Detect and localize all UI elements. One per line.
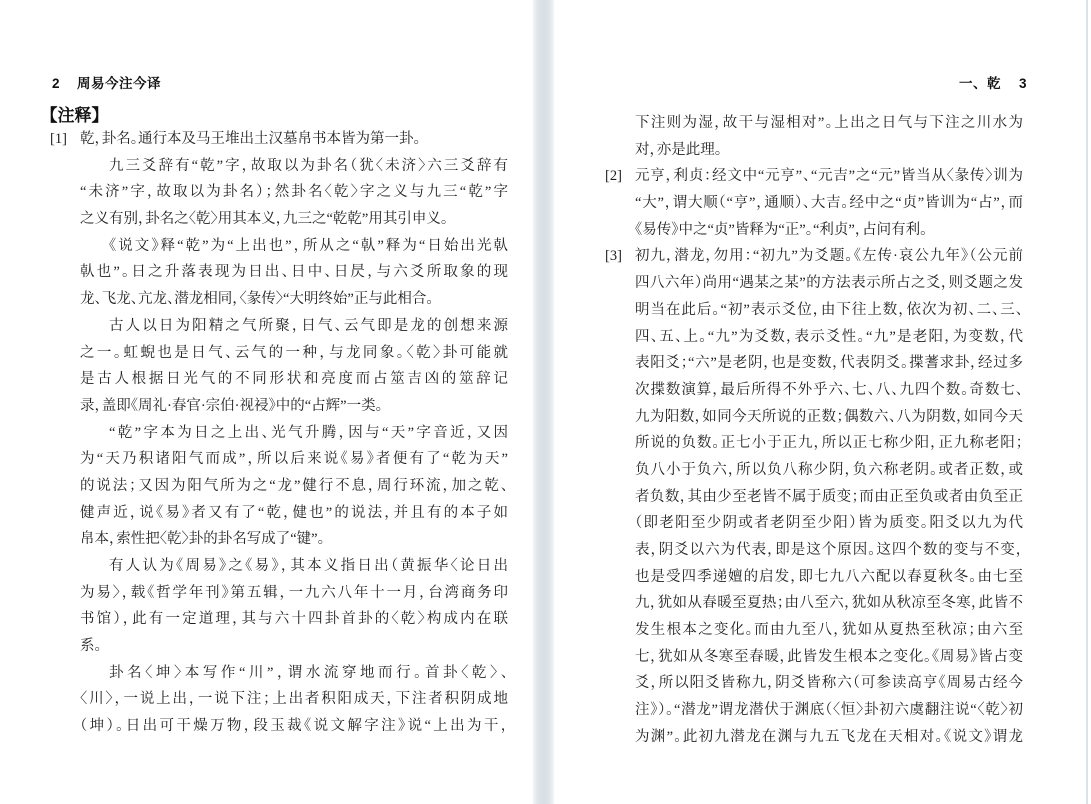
- text-line: （坤）。日出可干燥万物，段玉裁《说文解字注》说“上出为干，: [80, 713, 508, 740]
- note-label: [1]: [50, 126, 80, 153]
- book-title: 周易今注今译: [77, 72, 161, 92]
- text-line: 九为阳数，如同今天所说的正数；偶数六、八为阴数，如同今天: [635, 404, 1023, 431]
- text-line: 有人认为《周易》之《易》，其本义指日出（黄振华〈论日出: [80, 553, 508, 580]
- line-text: 四、五、上。“九”为爻数，表示爻性。“九”是老阳，为变数，代: [635, 329, 1023, 345]
- text-line: 者负数，其由少至老皆不属于质变；而由正至负或者由负至正: [635, 484, 1023, 511]
- line-text: 有人认为《周易》之《易》，其本义指日出（黄振华〈论日出: [109, 558, 508, 574]
- line-text: “大”，谓大顺（“亨”，通顺）、大吉。经中之“贞”皆训为“占”，而: [635, 195, 1023, 211]
- line-text: 负八小于负六，所以负八称少阴，负六称老阴。或者正数，或: [635, 462, 1023, 478]
- chapter-title: 一、乾: [959, 72, 1001, 92]
- line-text: 书馆），此有一定道理，其与六十四卦首卦的〈乾〉构成内在联: [80, 611, 508, 627]
- line-text: 发生根本之变化。而由九至八，犹如从夏热至秋凉；由六至: [635, 622, 1023, 638]
- line-text: 表阳爻；“六”是老阴，也是变数，代表阴爻。揲蓍求卦，经过多: [635, 355, 1023, 371]
- text-line: 之义有别，卦名之〈乾〉用其本义，九三之“乾乾”用其引申义。: [80, 206, 508, 233]
- line-text: （即老阳至少阴或者老阴至少阳）皆为质变。阳爻以九为代: [635, 515, 1023, 531]
- text-line: 为易〉，载《哲学年刊》第五辑，一九六八年十一月，台湾商务印: [80, 580, 508, 607]
- line-text: 《易传》中之“贞”皆释为“正”。“利贞”，占问有利。: [635, 222, 927, 238]
- text-line: 七，犹如从冬寒至春暖，此皆发生根本之变化。《周易》皆占变: [635, 644, 1023, 671]
- text-line: [2]元亨，利贞：经文中“元亨”、“元吉”之“元”皆当从〈彖传〉训为: [635, 163, 1023, 190]
- line-text: 的说法；又因为阳气所为之“龙”健行不息，周行环流，加之乾、: [80, 478, 508, 494]
- text-line: [3]初九，潜龙，勿用：“初九”为爻题。《左传·哀公九年》（公元前: [635, 243, 1023, 270]
- text-line: 是古人根据日光气的不同形状和亮度而占筮吉凶的筮辞记: [80, 366, 508, 393]
- text-line: 系。: [80, 633, 508, 660]
- text-line: 明当在此后。“初”表示爻位，由下往上数，依次为初、二、三、: [635, 297, 1023, 324]
- line-text: 《说文》释“乾”为“上出也”，所从之“倝”释为“日始出光倝: [109, 238, 508, 254]
- page-gutter: [533, 0, 554, 804]
- line-text: 龙、飞龙、亢龙、潜龙相同，〈彖传〉“大明终始”正与此相合。: [80, 291, 434, 307]
- text-line: 《说文》释“乾”为“上出也”，所从之“倝”释为“日始出光倝: [80, 233, 508, 260]
- line-text: 元亨，利贞：经文中“元亨”、“元吉”之“元”皆当从〈彖传〉训为: [635, 168, 1023, 184]
- text-line: 为“天乃积诸阳气而成”，所以后来说《易》者便有了“乾为天”: [80, 446, 508, 473]
- text-line: 下注则为湿，故干与湿相对”。上出之日气与下注之川水为: [635, 110, 1023, 137]
- text-line: 所说的负数。正七小于正九，所以正七称少阳，正九称老阳；: [635, 430, 1023, 457]
- left-text-column: [1]乾，卦名。通行本及马王堆出土汉墓帛书本皆为第一卦。九三爻辞有“乾”字，故取…: [80, 126, 508, 740]
- line-text: 四八六年）尚用“遇某之某”的方法表示所占之爻，则爻题之发: [635, 275, 1023, 291]
- line-text: 注》）。“潜龙”谓龙潜伏于渊底（〈恒〉卦初六虞翻注说“〈乾〉初: [635, 702, 1023, 718]
- text-line: 卦名〈坤〉本写作“川”，谓水流穿地而行。首卦〈乾〉、: [80, 660, 508, 687]
- text-line: 古人以日为阳精之气所聚，日气、云气即是龙的创想来源: [80, 313, 508, 340]
- text-line: 表，阴爻以六为代表，即是这个原因。这四个数的变与不变，: [635, 537, 1023, 564]
- line-text: “未济”字，故取以为卦名）；然卦名〈乾〉字之义与九三“乾”字: [80, 184, 508, 200]
- left-page-number: 2: [52, 76, 60, 91]
- annotation-section-heading: 【注释】: [49, 101, 100, 126]
- line-text: 下注则为湿，故干与湿相对”。上出之日气与下注之川水为: [635, 115, 1023, 131]
- note-label: [2]: [605, 163, 635, 190]
- line-text: 对，亦是此理。: [635, 142, 722, 158]
- line-text: 健声近，说《易》者又有了“乾，健也”的说法，并且有的本子如: [80, 505, 508, 521]
- text-line: 为渊”。此初九潜龙在渊与九五飞龙在天相对。《说文》谓龙: [635, 724, 1023, 751]
- text-line: 〈川〉，一说上出，一说下注；上出者积阳成天，下注者积阴成地: [80, 686, 508, 713]
- text-line: 次揲数演算，最后所得不外乎六、七、八、九四个数。奇数七、: [635, 377, 1023, 404]
- note-label: [3]: [605, 243, 635, 270]
- right-text-column: 下注则为湿，故干与湿相对”。上出之日气与下注之川水为对，亦是此理。[2]元亨，利…: [635, 110, 1023, 751]
- line-text: 录，盖即《周礼·春官·宗伯·视祲》中的“占辉”一类。: [80, 398, 383, 414]
- text-line: 四八六年）尚用“遇某之某”的方法表示所占之爻，则爻题之发: [635, 270, 1023, 297]
- line-text: 爻，所以阳爻皆称九，阴爻皆称六（可参读高亨《周易古经今: [635, 675, 1023, 691]
- line-text: 者负数，其由少至老皆不属于质变；而由正至负或者由负至正: [635, 489, 1023, 505]
- text-line: 录，盖即《周礼·春官·宗伯·视祲》中的“占辉”一类。: [80, 393, 508, 420]
- right-page-number: 3: [1019, 76, 1027, 91]
- line-text: 初九，潜龙，勿用：“初九”为爻题。《左传·哀公九年》（公元前: [635, 248, 1023, 264]
- line-text: 〈川〉，一说上出，一说下注；上出者积阳成天，下注者积阴成地: [80, 691, 508, 707]
- line-text: 九为阳数，如同今天所说的正数；偶数六、八为阴数，如同今天: [635, 409, 1023, 425]
- line-text: 为易〉，载《哲学年刊》第五辑，一九六八年十一月，台湾商务印: [80, 585, 508, 601]
- line-text: 表，阴爻以六为代表，即是这个原因。这四个数的变与不变，: [635, 542, 1023, 558]
- line-text: 九，犹如从春暖至夏热；由八至六，犹如从秋凉至冬寒，此皆不: [635, 595, 1023, 611]
- line-text: 之一。虹蜺也是日气、云气的一种，与龙同象。〈乾〉卦可能就: [80, 345, 508, 361]
- text-line: 九，犹如从春暖至夏热；由八至六，犹如从秋凉至冬寒，此皆不: [635, 590, 1023, 617]
- line-text: 倝也”。日之升落表现为日出、日中、日昃，与六爻所取象的现: [80, 264, 508, 280]
- text-line: 健声近，说《易》者又有了“乾，健也”的说法，并且有的本子如: [80, 500, 508, 527]
- text-line: 之一。虹蜺也是日气、云气的一种，与龙同象。〈乾〉卦可能就: [80, 340, 508, 367]
- line-text: 也是受四季递嬗的启发，即七九八六配以春夏秋冬。由七至: [635, 569, 1023, 585]
- text-line: （即老阳至少阴或者老阴至少阳）皆为质变。阳爻以九为代: [635, 510, 1023, 537]
- line-text: 七，犹如从冬寒至春暖，此皆发生根本之变化。《周易》皆占变: [635, 649, 1023, 665]
- line-text: 所说的负数。正七小于正九，所以正七称少阳，正九称老阳；: [635, 435, 1023, 451]
- right-running-header: 一、乾 3: [959, 72, 1027, 92]
- left-running-header: 2 周易今注今译: [52, 72, 161, 92]
- text-line: 倝也”。日之升落表现为日出、日中、日昃，与六爻所取象的现: [80, 259, 508, 286]
- text-line: 龙、飞龙、亢龙、潜龙相同，〈彖传〉“大明终始”正与此相合。: [80, 286, 508, 313]
- text-line: 负八小于负六，所以负八称少阴，负六称老阴。或者正数，或: [635, 457, 1023, 484]
- text-line: 书馆），此有一定道理，其与六十四卦首卦的〈乾〉构成内在联: [80, 606, 508, 633]
- text-line: “大”，谓大顺（“亨”，通顺）、大吉。经中之“贞”皆训为“占”，而: [635, 190, 1023, 217]
- text-line: 表阳爻；“六”是老阴，也是变数，代表阴爻。揲蓍求卦，经过多: [635, 350, 1023, 377]
- text-line: 《易传》中之“贞”皆释为“正”。“利贞”，占问有利。: [635, 217, 1023, 244]
- line-text: 卦名〈坤〉本写作“川”，谓水流穿地而行。首卦〈乾〉、: [109, 665, 508, 681]
- book-spread: 2 周易今注今译 【注释】 [1]乾，卦名。通行本及马王堆出土汉墓帛书本皆为第一…: [0, 0, 1091, 804]
- line-text: 为“天乃积诸阳气而成”，所以后来说《易》者便有了“乾为天”: [80, 451, 508, 467]
- text-line: 九三爻辞有“乾”字，故取以为卦名（犹〈未济〉六三爻辞有: [80, 153, 508, 180]
- text-line: 发生根本之变化。而由九至八，犹如从夏热至秋凉；由六至: [635, 617, 1023, 644]
- line-text: 古人以日为阳精之气所聚，日气、云气即是龙的创想来源: [109, 318, 508, 334]
- text-line: [1]乾，卦名。通行本及马王堆出土汉墓帛书本皆为第一卦。: [80, 126, 508, 153]
- text-line: 注》）。“潜龙”谓龙潜伏于渊底（〈恒〉卦初六虞翻注说“〈乾〉初: [635, 697, 1023, 724]
- line-text: 明当在此后。“初”表示爻位，由下往上数，依次为初、二、三、: [635, 302, 1023, 318]
- text-line: “未济”字，故取以为卦名）；然卦名〈乾〉字之义与九三“乾”字: [80, 179, 508, 206]
- line-text: 之义有别，卦名之〈乾〉用其本义，九三之“乾乾”用其引申义。: [80, 211, 448, 227]
- text-line: 的说法；又因为阳气所为之“龙”健行不息，周行环流，加之乾、: [80, 473, 508, 500]
- line-text: 帛本，索性把〈乾〉卦的卦名写成了“键”。: [80, 531, 325, 547]
- line-text: 九三爻辞有“乾”字，故取以为卦名（犹〈未济〉六三爻辞有: [109, 158, 508, 174]
- text-line: “乾”字本为日之上出、光气升腾，因与“天”字音近，又因: [80, 420, 508, 447]
- text-line: 四、五、上。“九”为爻数，表示爻性。“九”是老阳，为变数，代: [635, 324, 1023, 351]
- line-text: （坤）。日出可干燥万物，段玉裁《说文解字注》说“上出为干，: [80, 718, 508, 734]
- text-line: 爻，所以阳爻皆称九，阴爻皆称六（可参读高亨《周易古经今: [635, 670, 1023, 697]
- line-text: 系。: [80, 638, 102, 654]
- line-text: “乾”字本为日之上出、光气升腾，因与“天”字音近，又因: [109, 425, 508, 441]
- line-text: 次揲数演算，最后所得不外乎六、七、八、九四个数。奇数七、: [635, 382, 1023, 398]
- text-line: 也是受四季递嬗的启发，即七九八六配以春夏秋冬。由七至: [635, 564, 1023, 591]
- line-text: 是古人根据日光气的不同形状和亮度而占筮吉凶的筮辞记: [80, 371, 508, 387]
- text-line: 帛本，索性把〈乾〉卦的卦名写成了“键”。: [80, 526, 508, 553]
- page-edge-line: [1086, 0, 1088, 804]
- text-line: 对，亦是此理。: [635, 137, 1023, 164]
- line-text: 为渊”。此初九潜龙在渊与九五飞龙在天相对。《说文》谓龙: [635, 729, 1023, 745]
- line-text: 乾，卦名。通行本及马王堆出土汉墓帛书本皆为第一卦。: [80, 131, 421, 147]
